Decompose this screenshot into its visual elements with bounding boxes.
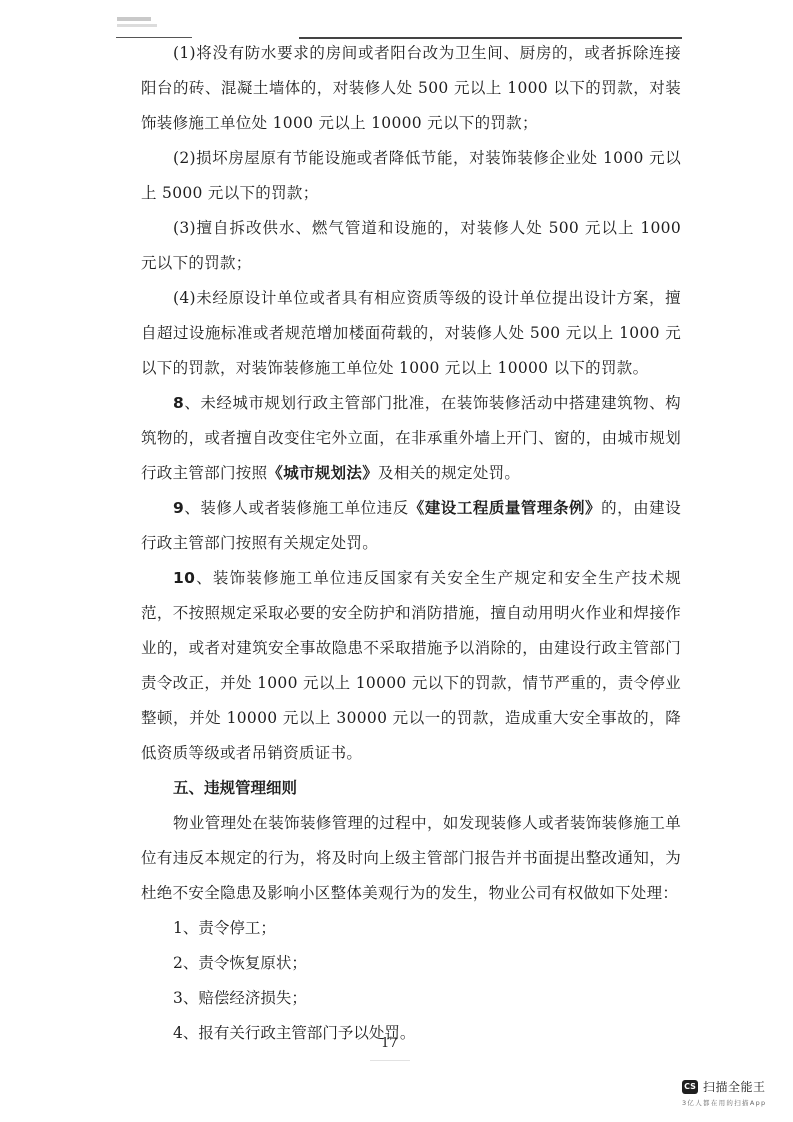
- action-item: 4、报有关行政主管部门予以处罚。: [141, 1016, 681, 1051]
- law-reference: 《城市规划法》: [267, 464, 378, 482]
- page-number: 17: [381, 1036, 398, 1051]
- watermark-app-name: 扫描全能王: [703, 1078, 766, 1095]
- clause-8: 8、未经城市规划行政主管部门批准，在装饰装修活动中搭建建筑物、构筑物的，或者擅自…: [141, 386, 681, 491]
- camscanner-logo-icon: CS: [682, 1080, 698, 1094]
- clause-number: 8: [173, 394, 184, 412]
- page-body: (1)将没有防水要求的房间或者阳台改为卫生间、厨房的，或者拆除连接阳台的砖、混凝…: [141, 36, 681, 1051]
- section-intro: 物业管理处在装饰装修管理的过程中，如发现装修人或者装饰装修施工单位有违反本规定的…: [141, 806, 681, 911]
- action-item: 1、责令停工；: [141, 911, 681, 946]
- law-reference: 《建设工程质量管理条例》: [409, 499, 601, 517]
- clause-10: 10、装饰装修施工单位违反国家有关安全生产规定和安全生产技术规范，不按照规定采取…: [141, 561, 681, 771]
- scanner-watermark: CS 扫描全能王 3亿人都在用的扫描App: [682, 1078, 792, 1107]
- watermark-tagline: 3亿人都在用的扫描App: [682, 1098, 792, 1107]
- company-logo-icon: [117, 17, 169, 31]
- section-heading: 五、违规管理细则: [141, 771, 681, 806]
- penalty-item-1: (1)将没有防水要求的房间或者阳台改为卫生间、厨房的，或者拆除连接阳台的砖、混凝…: [141, 36, 681, 141]
- action-item: 3、赔偿经济损失；: [141, 981, 681, 1016]
- clause-number: 9: [173, 499, 184, 517]
- footer-rule: [370, 1060, 410, 1061]
- clause-9: 9、装修人或者装修施工单位违反《建设工程质量管理条例》的，由建设行政主管部门按照…: [141, 491, 681, 561]
- clause-number: 10: [173, 569, 195, 587]
- penalty-item-3: (3)擅自拆改供水、燃气管道和设施的，对装修人处 500 元以上 1000 元以…: [141, 211, 681, 281]
- action-item: 2、责令恢复原状；: [141, 946, 681, 981]
- penalty-item-2: (2)损坏房屋原有节能设施或者降低节能，对装饰装修企业处 1000 元以上 50…: [141, 141, 681, 211]
- penalty-item-4: (4)未经原设计单位或者具有相应资质等级的设计单位提出设计方案，擅自超过设施标准…: [141, 281, 681, 386]
